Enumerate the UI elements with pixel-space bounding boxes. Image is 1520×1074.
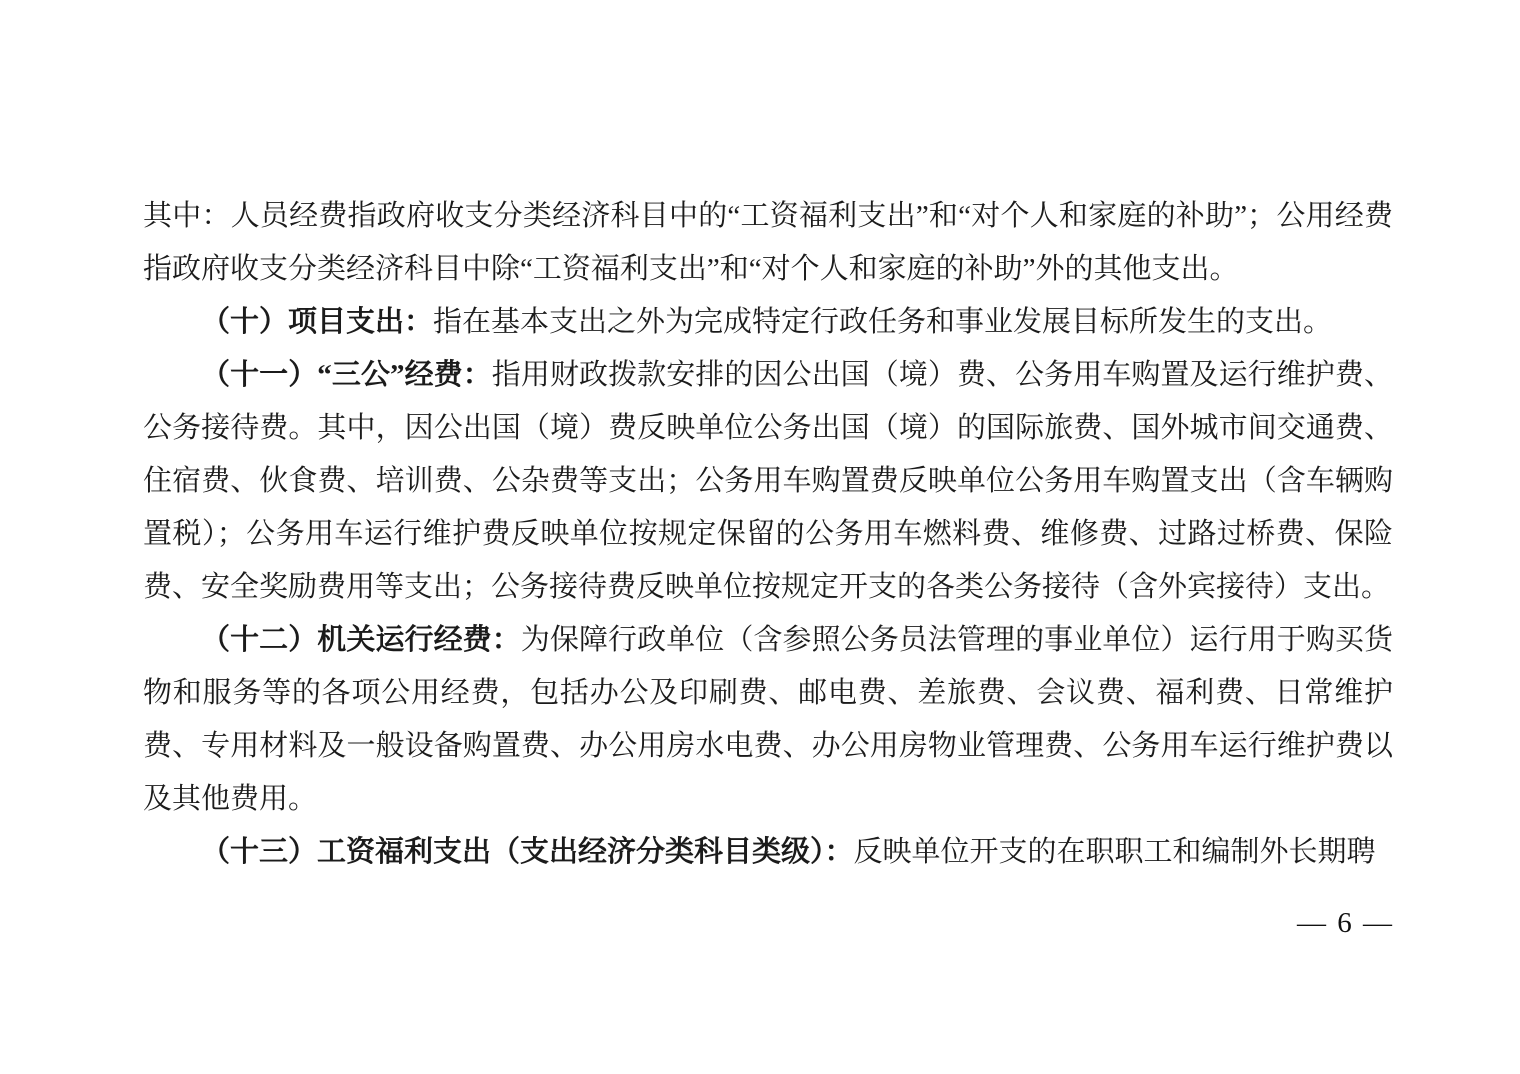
paragraph-item-10: （十）项目支出：指在基本支出之外为完成特定行政任务和事业发展目标所发生的支出。 (143, 296, 1393, 349)
paragraph-text: 指在基本支出之外为完成特定行政任务和事业发展目标所发生的支出。 (433, 306, 1332, 338)
paragraph-text: 其中：人员经费指政府收支分类经济科目中的“工资福利支出”和“对个人和家庭的补助”… (143, 200, 1393, 285)
paragraph-continuation: 其中：人员经费指政府收支分类经济科目中的“工资福利支出”和“对个人和家庭的补助”… (143, 190, 1393, 296)
paragraph-text: 反映单位开支的在职职工和编制外长期聘 (854, 836, 1376, 868)
document-body: 其中：人员经费指政府收支分类经济科目中的“工资福利支出”和“对个人和家庭的补助”… (143, 190, 1393, 879)
paragraph-item-12: （十二）机关运行经费：为保障行政单位（含参照公务员法管理的事业单位）运行用于购买… (143, 614, 1393, 826)
paragraph-lead: （十三）工资福利支出（支出经济分类科目类级）： (201, 836, 854, 868)
paragraph-lead: （十）项目支出： (201, 306, 433, 338)
paragraph-lead: （十二）机关运行经费： (201, 624, 521, 656)
paragraph-item-11: （十一）“三公”经费：指用财政拨款安排的因公出国（境）费、公务用车购置及运行维护… (143, 349, 1393, 614)
page-number: — 6 — (1297, 903, 1394, 943)
paragraph-lead: （十一）“三公”经费： (201, 359, 492, 391)
paragraph-item-13: （十三）工资福利支出（支出经济分类科目类级）：反映单位开支的在职职工和编制外长期… (143, 826, 1393, 879)
paragraph-text: 指用财政拨款安排的因公出国（境）费、公务用车购置及运行维护费、公务接待费。其中，… (143, 359, 1393, 603)
